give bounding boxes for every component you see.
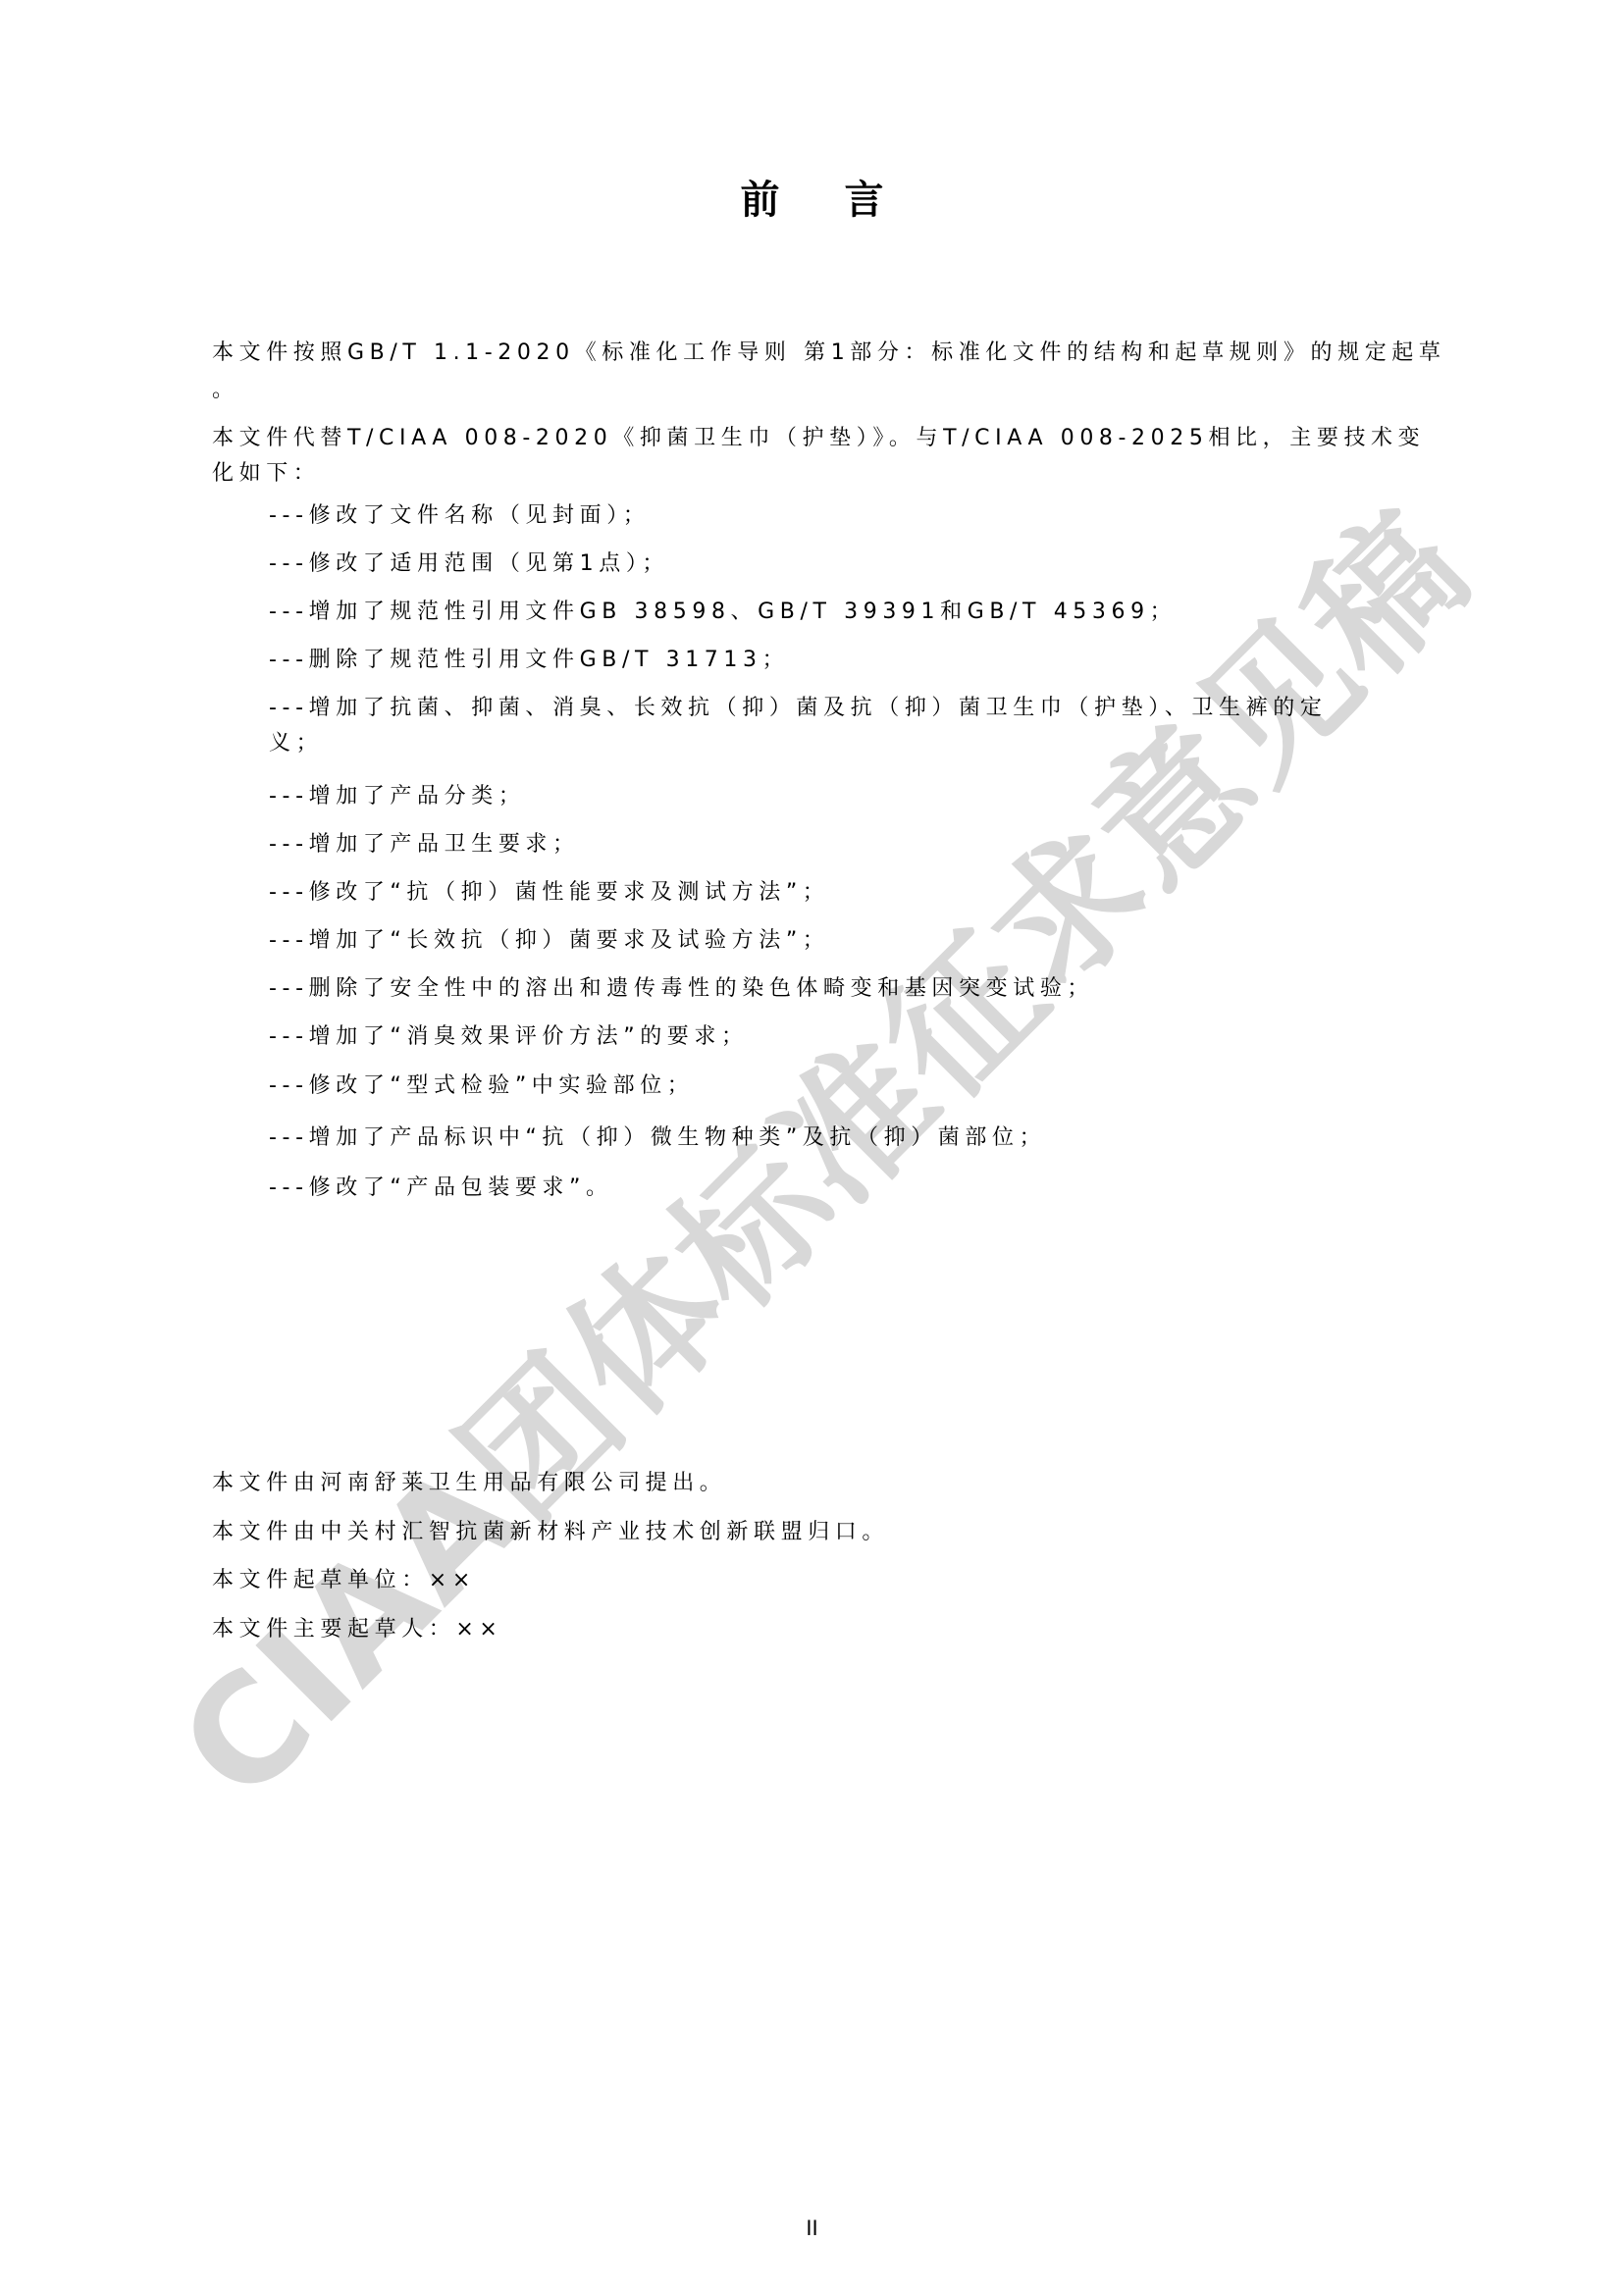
change-item: ---增加了抗菌、抑菌、消臭、长效抗（抑）菌及抗（抑）菌卫生巾（护垫）、卫生裤的… <box>269 694 1327 723</box>
change-item-wrap: 义； <box>269 729 323 758</box>
intro-para1-line2: 。 <box>212 376 239 405</box>
change-item: ---增加了规范性引用文件GB 38598、GB/T 39391和GB/T 45… <box>269 598 1177 627</box>
change-item: ---增加了“消臭效果评价方法”的要求； <box>269 1022 749 1052</box>
change-item: ---增加了产品卫生要求； <box>269 830 580 860</box>
page-number: II <box>0 2216 1624 2241</box>
drafting-units-statement: 本文件起草单位：×× <box>212 1566 476 1595</box>
title-char-1: 前 <box>741 169 780 225</box>
change-item: ---删除了安全性中的溶出和遗传毒性的染色体畸变和基因突变试验； <box>269 974 1094 1004</box>
change-item: ---修改了“产品包装要求”。 <box>269 1174 613 1203</box>
change-item: ---修改了适用范围（见第1点）； <box>269 549 669 579</box>
page-title: 前言 <box>0 169 1624 225</box>
change-item: ---增加了“长效抗（抑）菌要求及试验方法”； <box>269 926 829 956</box>
change-item: ---删除了规范性引用文件GB/T 31713； <box>269 646 789 675</box>
page-content: 前言 本文件按照GB/T 1.1-2020《标准化工作导则 第1部分：标准化文件… <box>0 0 1624 2295</box>
main-drafters-statement: 本文件主要起草人：×× <box>212 1615 502 1644</box>
document-page: CIAA团体标准征求意见稿 前言 本文件按照GB/T 1.1-2020《标准化工… <box>0 0 1624 2295</box>
change-item: ---修改了“抗（抑）菌性能要求及测试方法”； <box>269 878 829 908</box>
intro-para2-line2: 化如下： <box>212 459 320 489</box>
change-item: ---修改了文件名称（见封面）； <box>269 501 650 531</box>
change-item: ---修改了“型式检验”中实验部位； <box>269 1071 694 1101</box>
administrator-statement: 本文件由中关村汇智抗菌新材料产业技术创新联盟归口。 <box>212 1518 889 1547</box>
change-item: ---增加了产品标识中“抗（抑）微生物种类”及抗（抑）菌部位； <box>269 1123 1046 1153</box>
intro-para2-line1: 本文件代替T/CIAA 008-2020《抑菌卫生巾（护垫）》。与T/CIAA … <box>212 424 1425 453</box>
intro-para1-line1: 本文件按照GB/T 1.1-2020《标准化工作导则 第1部分：标准化文件的结构… <box>212 339 1446 368</box>
proposer-statement: 本文件由河南舒莱卫生用品有限公司提出。 <box>212 1469 726 1498</box>
change-item: ---增加了产品分类； <box>269 782 525 811</box>
title-char-2: 言 <box>845 169 884 225</box>
